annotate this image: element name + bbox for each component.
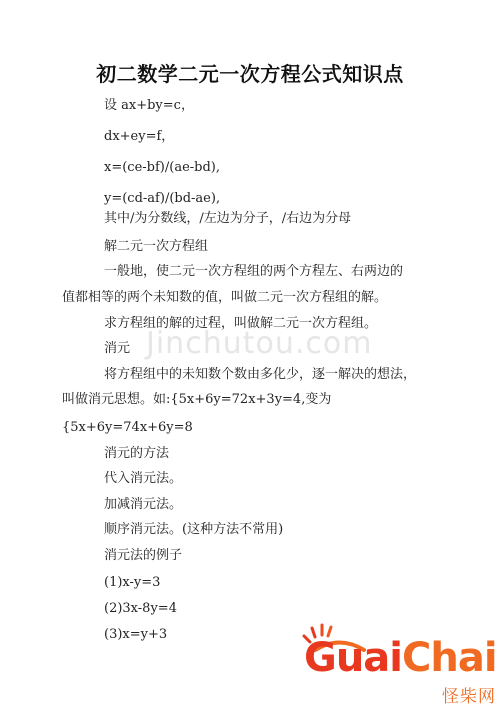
method-addition-subtraction: 加减消元法。 bbox=[104, 497, 182, 513]
formula-line-4: y=(cd-af)/(bd-ae), bbox=[104, 191, 220, 207]
formula-line-3: x=(ce-bf)/(ae-bd), bbox=[104, 160, 220, 176]
formula-line-2: dx+ey=f， bbox=[104, 129, 174, 145]
formula-line-1: 设 ax+by=c， bbox=[104, 98, 194, 114]
section-heading-methods: 消元的方法 bbox=[104, 446, 169, 462]
logo-text-guai: Guai bbox=[304, 635, 402, 681]
section-heading-solve: 解二元一次方程组 bbox=[104, 239, 208, 255]
paragraph-elimination-1: 将方程组中的未知数个数由多化少，逐一解决的想法， bbox=[104, 367, 416, 383]
logo-chinese-name: 怪柴网 bbox=[442, 682, 496, 707]
paragraph-elimination-3: {5x+6y=74x+6y=8 bbox=[62, 420, 193, 436]
section-heading-examples: 消元法的例子 bbox=[104, 548, 182, 564]
logo-wordmark: GuaiChai bbox=[304, 636, 497, 680]
example-equation-1: (1)x-y=3 bbox=[104, 575, 160, 591]
watermark-text: Jinchutou.com bbox=[146, 326, 372, 361]
fraction-note: 其中/为分数线，/左边为分子，/右边为分母 bbox=[104, 211, 351, 227]
paragraph-elimination-2: 叫做消元思想。如:{5x+6y=72x+3y=4,变为 bbox=[62, 392, 331, 408]
example-equation-3: (3)x=y+3 bbox=[104, 627, 167, 643]
paragraph-definition-2: 值都相等的两个未知数的值，叫做二元一次方程组的解。 bbox=[62, 290, 387, 306]
example-equation-2: (2)3x-8y=4 bbox=[104, 601, 177, 617]
guaichai-logo: GuaiChai 怪柴网 bbox=[298, 622, 498, 706]
method-sequential: 顺序消元法。(这种方法不常用) bbox=[104, 522, 283, 538]
logo-text-chai: Chai bbox=[402, 635, 497, 681]
section-heading-elimination: 消元 bbox=[104, 341, 130, 357]
document-title: 初二数学二元一次方程公式知识点 bbox=[0, 58, 500, 87]
method-substitution: 代入消元法。 bbox=[104, 471, 182, 487]
paragraph-definition-1: 一般地，使二元一次方程组的两个方程左、右两边的 bbox=[104, 264, 403, 280]
